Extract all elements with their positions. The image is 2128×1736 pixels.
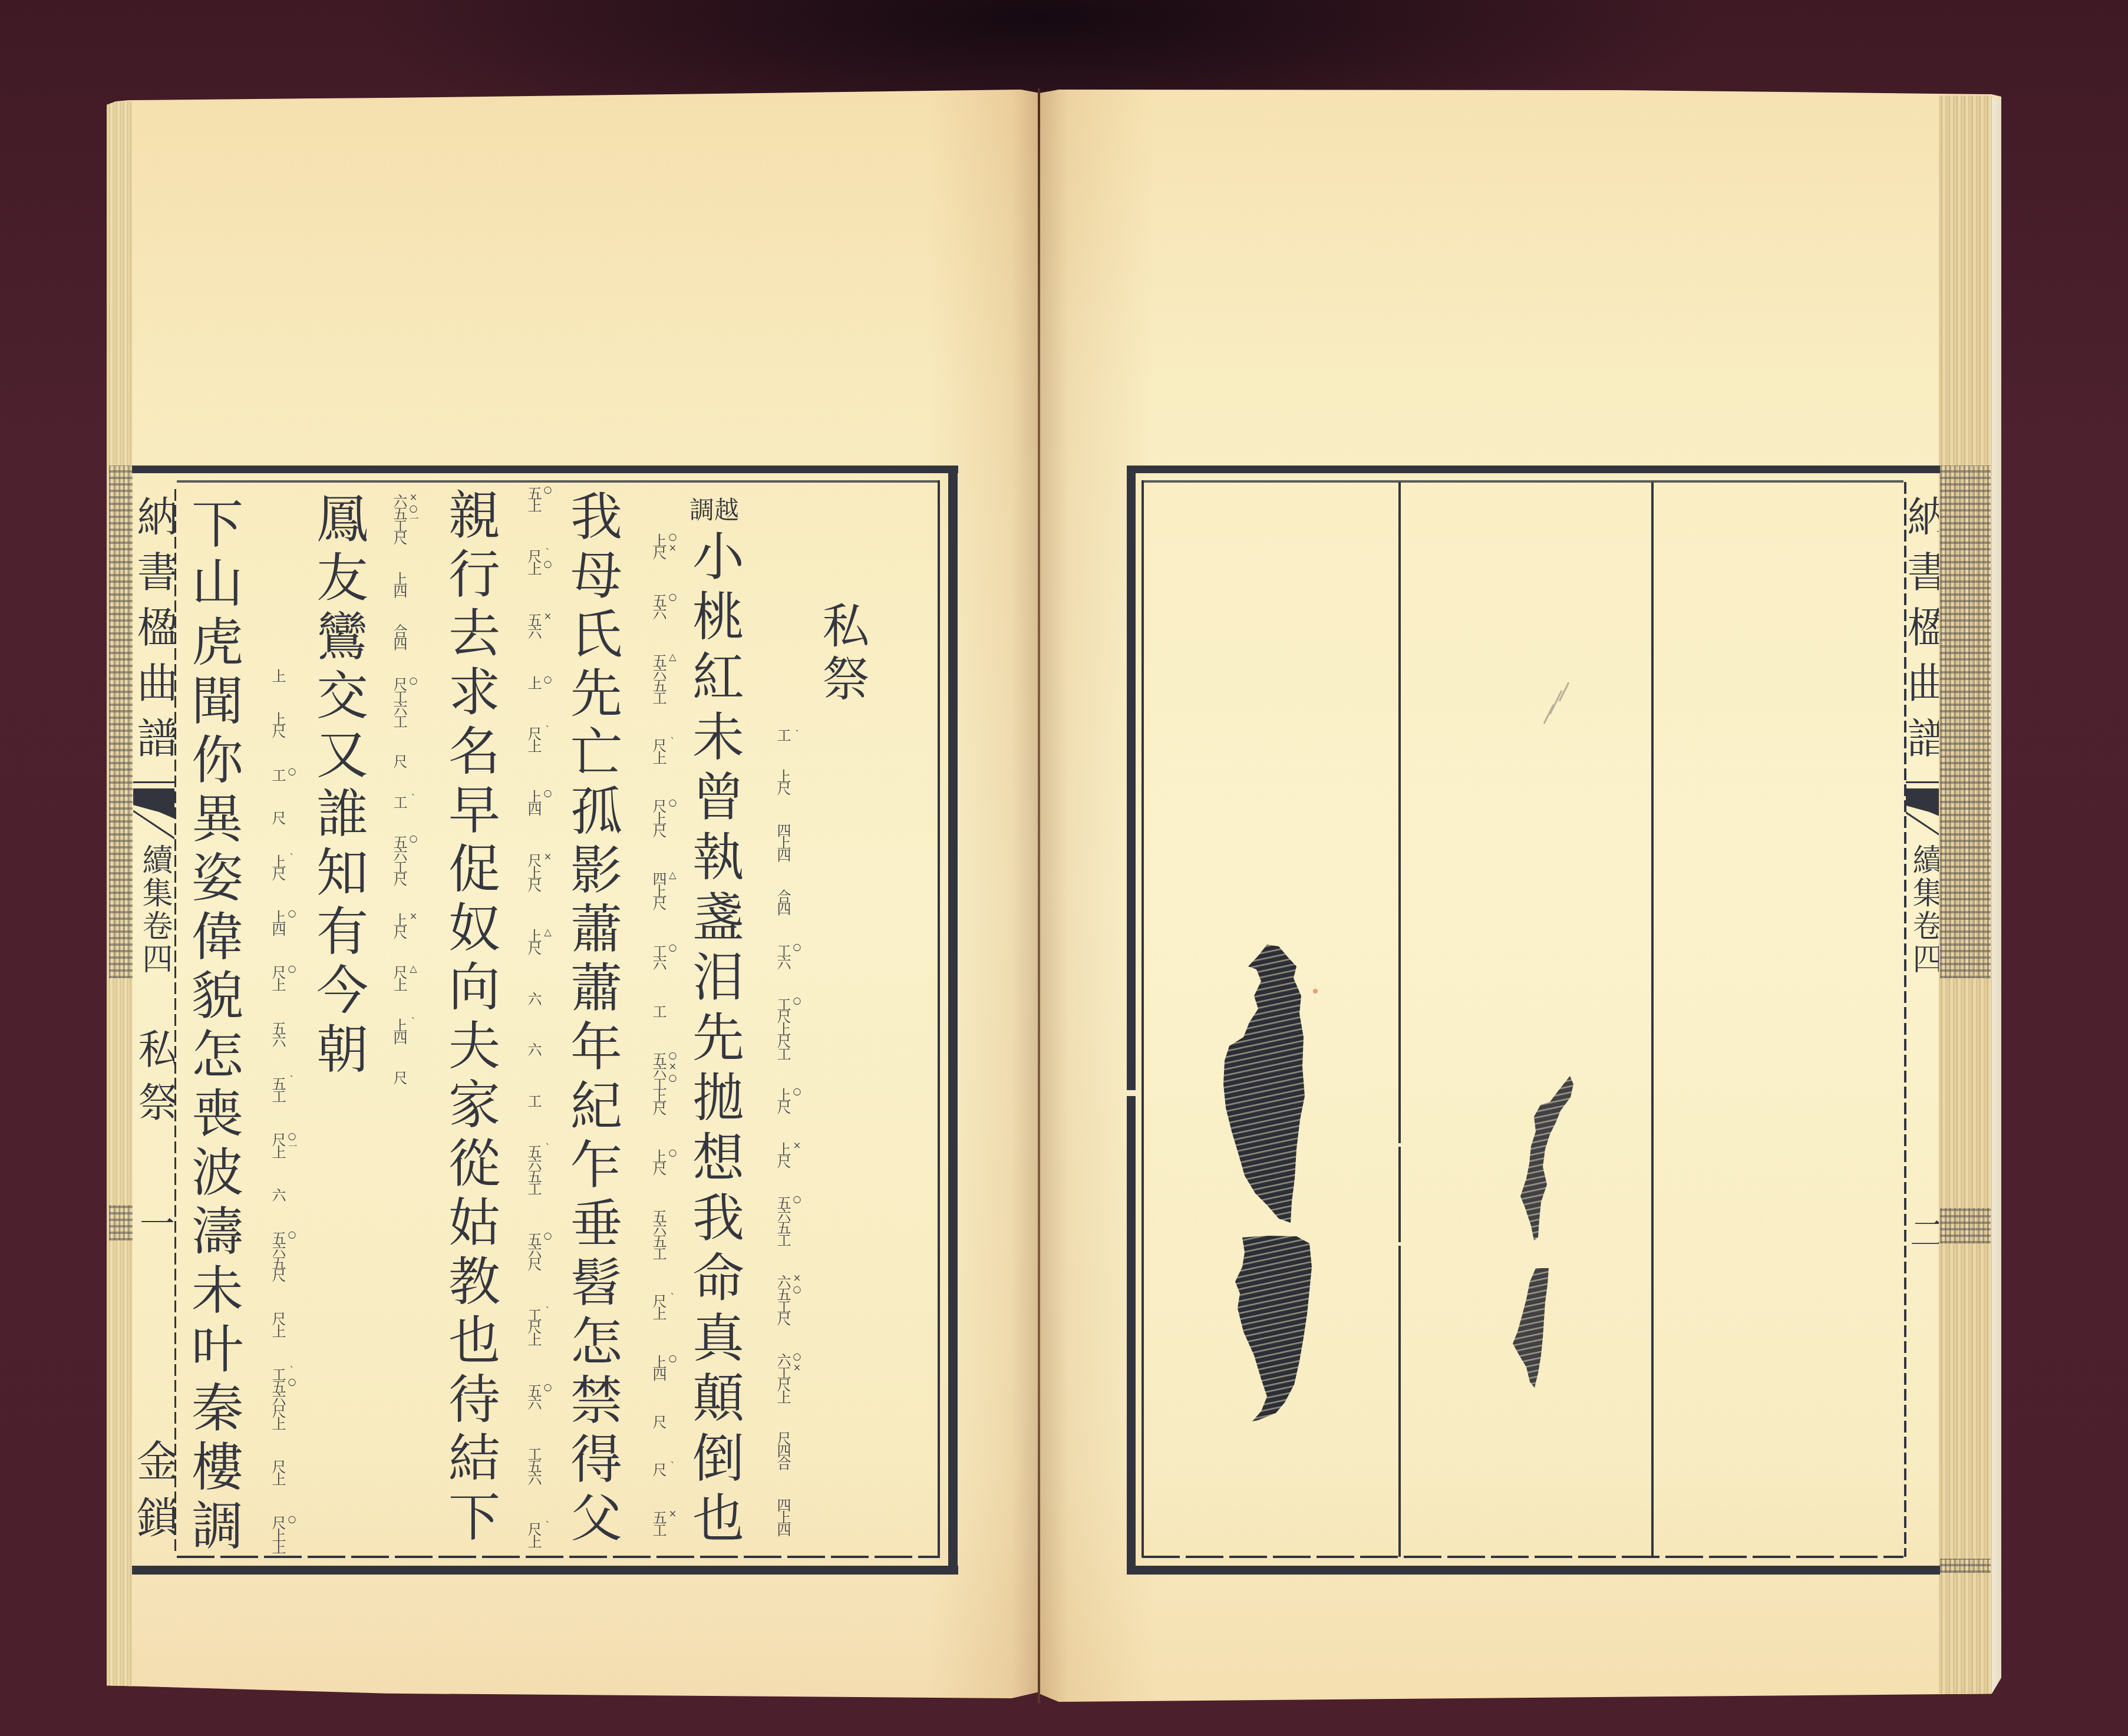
fishtail-fill	[1906, 788, 1939, 819]
gongche-note: 尺上○一	[269, 1133, 286, 1157]
book-title: 納書楹曲譜	[133, 495, 174, 772]
note-pitches: 工	[525, 1094, 542, 1106]
rhythm-mark: ˋ	[668, 1292, 677, 1303]
edge-ink-fragments	[109, 1205, 133, 1240]
rhythm-mark: ○	[408, 833, 418, 844]
rhythm-mark: ×	[408, 910, 418, 922]
gongche-note: 工	[650, 1004, 667, 1016]
gongche-note: 六	[525, 1042, 542, 1055]
note-pitches: 尺上	[650, 738, 667, 763]
note-pitches: 尺	[391, 754, 407, 767]
lyric-column: 我母氏先亡孤影蕭蕭年紀乍垂髫怎禁得父	[563, 489, 622, 1550]
note-pitches: 五六工上尺	[650, 1052, 667, 1114]
note-pitches: 工六	[774, 943, 791, 968]
banxin-boundary-line	[174, 489, 176, 1553]
notation-column: 上尺○×五六○五六五工△尺上ˋ尺上尺○四上尺△工六○工五六工上尺○×○上尺○五六…	[645, 533, 672, 1535]
gongche-note: 五六工上尺○×○	[650, 1052, 667, 1114]
rhythm-mark: ○	[287, 1513, 296, 1524]
edge-ink-fragments	[1940, 1559, 1991, 1573]
gongche-note: 上尺×	[391, 913, 407, 938]
gongche-note: 尺上ˋ	[650, 1294, 667, 1319]
note-pitches: 五六	[525, 1384, 542, 1408]
note-pitches: 合四	[391, 624, 407, 649]
right-banxin: 納書楹曲譜 續集卷四 二	[1906, 489, 1939, 1556]
rhythm-mark: ○	[287, 963, 296, 974]
note-pitches: 尺上尺	[650, 799, 667, 836]
banxin-rule	[1906, 781, 1939, 783]
fishtail-ornament-icon	[133, 785, 174, 841]
notation-column: 六五工尺×○一上四合四尺工六工○尺工ˋ五六工尺○上尺×尺上△上四ˋ尺	[385, 494, 413, 1083]
rhythm-mark: ○	[543, 787, 552, 798]
gongche-note: 六工尺上○×	[774, 1353, 791, 1402]
gongche-note: 工·	[774, 728, 791, 740]
note-pitches: 五工	[650, 1510, 667, 1535]
rhythm-mark: ○	[543, 1381, 552, 1392]
note-pitches: 上尺	[774, 1142, 791, 1167]
rhythm-mark: △	[408, 963, 418, 974]
note-pitches: 上尺	[269, 854, 286, 879]
gongche-note: 尺上	[269, 1312, 286, 1336]
gongche-note: 工六○	[774, 943, 791, 968]
play-label: 金鎖	[133, 1439, 174, 1552]
frame-right-inner-line	[938, 480, 940, 1557]
column-divider-line	[1398, 1246, 1401, 1557]
gongche-note: 上四○	[269, 910, 286, 935]
rhythm-mark: ○×○	[668, 1049, 677, 1083]
note-pitches: 上尺	[774, 1088, 791, 1113]
gongche-note: 五六五尺○	[269, 1231, 286, 1280]
note-pitches: 上尺	[650, 533, 667, 558]
rhythm-mark: ˋ	[543, 1305, 552, 1316]
note-pitches: 尺	[391, 1071, 407, 1083]
note-pitches: 上尺	[391, 913, 407, 938]
rhythm-mark: ○	[287, 1229, 296, 1240]
note-pitches: 工	[774, 728, 791, 740]
gongche-note: 上尺○×	[650, 533, 667, 558]
gongche-note: 工六○	[650, 944, 667, 969]
page-number: 二	[1906, 1215, 1939, 1250]
gongche-note: 上尺△	[525, 929, 542, 953]
gongche-note: 工尺上ˋ	[525, 1308, 542, 1345]
note-pitches: 五六五尺	[269, 1231, 286, 1280]
rhythm-mark: ○	[792, 995, 801, 1006]
note-pitches: 五六	[525, 613, 542, 638]
gongche-note: 尺上ˋ	[650, 738, 667, 763]
edge-ink-fragments	[1940, 466, 1991, 978]
rhythm-mark: ˋ	[543, 1142, 552, 1153]
gongche-note: 上○	[525, 676, 542, 688]
gongche-note: 上四○	[525, 790, 542, 814]
rhythm-mark: ○	[668, 942, 677, 953]
right-page	[1040, 88, 2001, 1702]
gongche-note: 上四	[391, 572, 407, 596]
rhythm-mark: ˋ	[408, 1016, 418, 1027]
rhythm-mark: ○	[668, 1352, 677, 1364]
fishtail-diagonal	[1906, 811, 1939, 839]
gongche-note: 上尺×	[774, 1142, 791, 1167]
note-pitches: 五六	[269, 1021, 286, 1046]
rhythm-mark: ˋ	[408, 793, 418, 804]
rhythm-mark: ○一	[287, 1130, 296, 1151]
rhythm-mark: ○	[287, 765, 296, 777]
gongche-note: 五六五工ˋ	[525, 1144, 542, 1194]
gongche-note: 尺上尺×	[525, 853, 542, 890]
gongche-note: 工ˋ	[391, 795, 407, 807]
note-pitches: 上四	[391, 572, 407, 596]
gongche-note: 尺	[391, 754, 407, 767]
gutter-crease	[1038, 88, 1040, 1703]
frame-right-border	[948, 466, 958, 1575]
column-divider-line	[1398, 1147, 1401, 1242]
note-pitches: 尺上	[391, 965, 407, 990]
gongche-note: 六	[269, 1188, 286, 1200]
gongche-note: 五六五工	[650, 1209, 667, 1259]
note-pitches: 上四	[650, 1355, 667, 1379]
note-pitches: 六工尺上	[774, 1353, 791, 1402]
note-pitches: 上	[525, 676, 542, 688]
gongche-note: 上四○	[650, 1355, 667, 1379]
rhythm-mark: ○	[792, 1193, 801, 1204]
rhythm-mark: ○×	[668, 531, 677, 553]
mode-label: 越調	[687, 496, 741, 524]
frame-left-border	[1127, 1096, 1136, 1575]
note-pitches: 工六	[650, 944, 667, 969]
notation-column: 五上○尺上ˋ○五六×上○尺上ˋ上四○尺上尺×上尺△六六工五六五工ˋ五六尺○工尺上…	[520, 486, 547, 1547]
gongche-note: 五六○	[650, 593, 667, 618]
note-pitches: 尺	[650, 1415, 667, 1427]
rhythm-mark: ○	[543, 484, 552, 495]
gongche-note: 尺	[650, 1415, 667, 1427]
note-pitches: 尺上	[650, 1294, 667, 1319]
notation-column: 工·上尺四上四合四工六○工尺上尺工○上尺○上尺×五六五工○六五工尺×○六工尺上○…	[769, 728, 796, 1535]
gongche-note: 五六工尺○	[391, 835, 407, 884]
note-pitches: 尺工六工	[391, 677, 407, 727]
page-number: 一	[133, 1205, 174, 1240]
gongche-note: 尺	[391, 1071, 407, 1083]
piece-title: 私祭	[815, 601, 868, 707]
note-pitches: 合四	[774, 889, 791, 914]
note-pitches: 上	[269, 669, 286, 681]
note-pitches: 四上四	[774, 1498, 791, 1535]
note-pitches: 工	[650, 1004, 667, 1016]
frame-left-border	[1127, 466, 1136, 1090]
note-pitches: 六五工尺	[391, 494, 407, 543]
lyric-column: 小桃紅未曾執盞泪先拋想我命真顛倒也	[685, 529, 744, 1551]
gongche-note: 上尺ˋ	[269, 854, 286, 879]
note-pitches: 五六五工	[774, 1196, 791, 1245]
note-pitches: 上尺	[774, 769, 791, 794]
note-pitches: 尺上	[269, 1312, 286, 1336]
gongche-note: 合四	[391, 624, 407, 649]
rhythm-mark: ˋ○	[287, 1365, 296, 1387]
rhythm-mark: ○	[668, 591, 677, 602]
gongche-note: 尺	[269, 811, 286, 823]
rhythm-mark: ˋ	[668, 736, 677, 747]
gongche-note: 尺工六工○	[391, 677, 407, 727]
gongche-note: 五上○	[525, 486, 542, 511]
gongche-note: 尺ˋ	[650, 1463, 667, 1475]
note-pitches: 工	[269, 768, 286, 780]
gongche-note: 五六五工○	[774, 1196, 791, 1245]
gongche-note: 五六五工△	[650, 654, 667, 703]
note-pitches: 六	[525, 1042, 542, 1055]
gongche-note: 四上四	[774, 823, 791, 860]
note-pitches: 工五六尺上	[269, 1367, 286, 1429]
rhythm-mark: ○	[408, 675, 418, 686]
lyric-column: 親行去求名早促奴向夫家從姑教也待結下	[441, 488, 500, 1549]
note-pitches: 尺上	[525, 727, 542, 751]
gongche-note: 上尺○	[650, 1149, 667, 1174]
banxin-inner: 納書楹曲譜 續集卷四 二	[1906, 489, 1939, 1556]
gongche-note: 合四	[774, 889, 791, 914]
gongche-note: 尺上ˋ○	[525, 549, 542, 574]
rhythm-mark: △	[668, 651, 677, 662]
note-pitches: 六五工尺	[774, 1275, 791, 1324]
note-pitches: 尺	[650, 1463, 667, 1475]
gongche-note: 尺上	[269, 1460, 286, 1484]
banxin-rule	[133, 781, 174, 783]
banxin-inner: 納書楹曲譜 續集卷四 私祭 一 金鎖	[133, 489, 174, 1556]
gongche-note: 尺上上○	[269, 1516, 286, 1553]
volume-label: 續集卷四	[1906, 844, 1939, 976]
rhythm-mark: ○	[543, 1230, 552, 1241]
gongche-note: 工	[525, 1094, 542, 1106]
rhythm-mark: ×	[668, 1508, 677, 1519]
note-pitches: 尺四合	[774, 1431, 791, 1468]
book-title: 納書楹曲譜	[1906, 495, 1939, 772]
edge-ink-fragments	[109, 466, 133, 978]
volume-label: 續集卷四	[133, 844, 174, 976]
gongche-note: 四上四	[774, 1498, 791, 1535]
gongche-note: 六五工尺×○	[774, 1275, 791, 1324]
fore-edge	[1992, 98, 2001, 1694]
rhythm-mark: ˋ	[287, 852, 296, 863]
rhythm-mark: △	[668, 869, 677, 880]
note-pitches: 五六五工	[650, 654, 667, 703]
section-label: 私祭	[133, 1028, 174, 1134]
gongche-note: 尺上尺○	[650, 799, 667, 836]
note-pitches: 尺上	[269, 1460, 286, 1484]
note-pitches: 尺上	[269, 1133, 286, 1157]
note-pitches: 尺上上	[269, 1516, 286, 1553]
rhythm-mark: ×○	[792, 1272, 801, 1295]
note-pitches: 尺上尺	[525, 853, 542, 890]
rhythm-mark: ˋ	[287, 1074, 296, 1085]
lyric-column: 下山虎聞你異姿偉貌怎喪波濤未叶秦樓調	[184, 497, 243, 1557]
note-pitches: 工	[391, 795, 407, 807]
rhythm-mark: ×	[543, 610, 552, 622]
gongche-note: 五工×	[650, 1510, 667, 1535]
note-pitches: 工尺上	[525, 1308, 542, 1345]
gongche-note: 五工ˋ	[269, 1077, 286, 1101]
rhythm-mark: ˋ	[543, 724, 552, 735]
note-pitches: 四上四	[774, 823, 791, 860]
rhythm-mark: ○	[668, 797, 677, 808]
note-pitches: 尺上	[525, 549, 542, 574]
note-pitches: 上尺	[650, 1149, 667, 1174]
frame-top-inner-line	[177, 480, 940, 483]
left-banxin: 納書楹曲譜 續集卷四 私祭 一 金鎖	[133, 489, 174, 1556]
column-divider-line	[1398, 482, 1401, 1143]
column-divider-line	[1651, 482, 1654, 1557]
gongche-note: 尺四合	[774, 1431, 791, 1468]
note-pitches: 五六五工	[525, 1144, 542, 1194]
rhythm-mark: ×	[792, 1140, 801, 1151]
rhythm-mark: ˋ○	[543, 547, 552, 569]
frame-top-border	[132, 466, 958, 473]
rhythm-mark: ○	[792, 941, 801, 952]
note-pitches: 五上	[525, 486, 542, 511]
gongche-note: 六	[525, 992, 542, 1004]
frame-bottom-border	[1127, 1566, 1940, 1575]
rhythm-mark: ○	[287, 907, 296, 919]
rhythm-mark: ○	[668, 1147, 677, 1158]
note-pitches: 五六	[650, 593, 667, 618]
note-pitches: 工五六	[525, 1447, 542, 1484]
gongche-note: 工尺上尺工○	[774, 997, 791, 1059]
note-pitches: 四上尺	[650, 872, 667, 909]
rhythm-mark: △	[543, 926, 552, 938]
gongche-note: 工○	[269, 768, 286, 780]
rhythm-mark: ○	[543, 674, 552, 685]
gongche-note: 上四ˋ	[391, 1018, 407, 1043]
gongche-note: 上尺	[774, 769, 791, 794]
note-pitches: 五六五工	[650, 1209, 667, 1259]
gongche-note: 五六尺○	[525, 1232, 542, 1269]
rhythm-mark: ○×	[792, 1351, 801, 1373]
rhythm-mark: ×○一	[408, 491, 418, 523]
notation-column: 上上尺工○尺上尺ˋ上四○尺上○五六五工ˋ尺上○一六五六五尺○尺上工五六尺上ˋ○尺…	[264, 669, 291, 1553]
note-pitches: 工尺上尺工	[774, 997, 791, 1059]
gongche-note: 六五工尺×○一	[391, 494, 407, 543]
note-pitches: 尺上	[269, 965, 286, 990]
frame-bottom-inner-line	[177, 1556, 940, 1558]
gongche-note: 工五六尺上ˋ○	[269, 1367, 286, 1429]
note-pitches: 尺	[269, 811, 286, 823]
frame-top-inner-line	[1142, 480, 1903, 483]
note-pitches: 五工	[269, 1077, 286, 1101]
note-pitches: 上四	[391, 1018, 407, 1043]
note-pitches: 上四	[525, 790, 542, 814]
rhythm-mark: ·	[792, 725, 801, 737]
note-pitches: 五六尺	[525, 1232, 542, 1269]
note-pitches: 上四	[269, 910, 286, 935]
frame-left-inner-line	[1141, 480, 1144, 1557]
gongche-note: 尺上ˋ	[525, 727, 542, 751]
gongche-note: 上尺○	[774, 1088, 791, 1113]
gongche-note: 五六○	[525, 1384, 542, 1408]
gongche-note: 尺上○	[269, 965, 286, 990]
rhythm-mark: ˋ	[543, 1520, 552, 1531]
gongche-note: 工五六	[525, 1447, 542, 1484]
rhythm-mark: ○	[792, 1085, 801, 1097]
gongche-note: 四上尺△	[650, 872, 667, 909]
note-pitches: 六	[525, 992, 542, 1004]
gongche-note: 上尺	[269, 712, 286, 737]
gongche-note: 五六	[269, 1021, 286, 1046]
rhythm-mark: ˋ	[668, 1460, 677, 1471]
gongche-note: 尺上△	[391, 965, 407, 990]
note-pitches: 尺上	[525, 1522, 542, 1547]
rhythm-mark: ×	[543, 851, 552, 862]
frame-top-border	[1127, 466, 1940, 473]
note-pitches: 上尺	[525, 929, 542, 953]
note-pitches: 六	[269, 1188, 286, 1200]
fishtail-ornament-icon	[1906, 785, 1939, 841]
gongche-note: 上	[269, 669, 286, 681]
lyric-column: 鳳友鸞交又誰知有今朝	[309, 491, 368, 1081]
note-pitches: 上尺	[269, 712, 286, 737]
note-pitches: 五六工尺	[391, 835, 407, 884]
frame-bottom-inner-line	[1142, 1556, 1903, 1558]
edge-ink-fragments	[1940, 1208, 1991, 1243]
gongche-note: 尺上ˋ	[525, 1522, 542, 1547]
frame-bottom-border	[132, 1566, 958, 1575]
gongche-note: 五六×	[525, 613, 542, 638]
